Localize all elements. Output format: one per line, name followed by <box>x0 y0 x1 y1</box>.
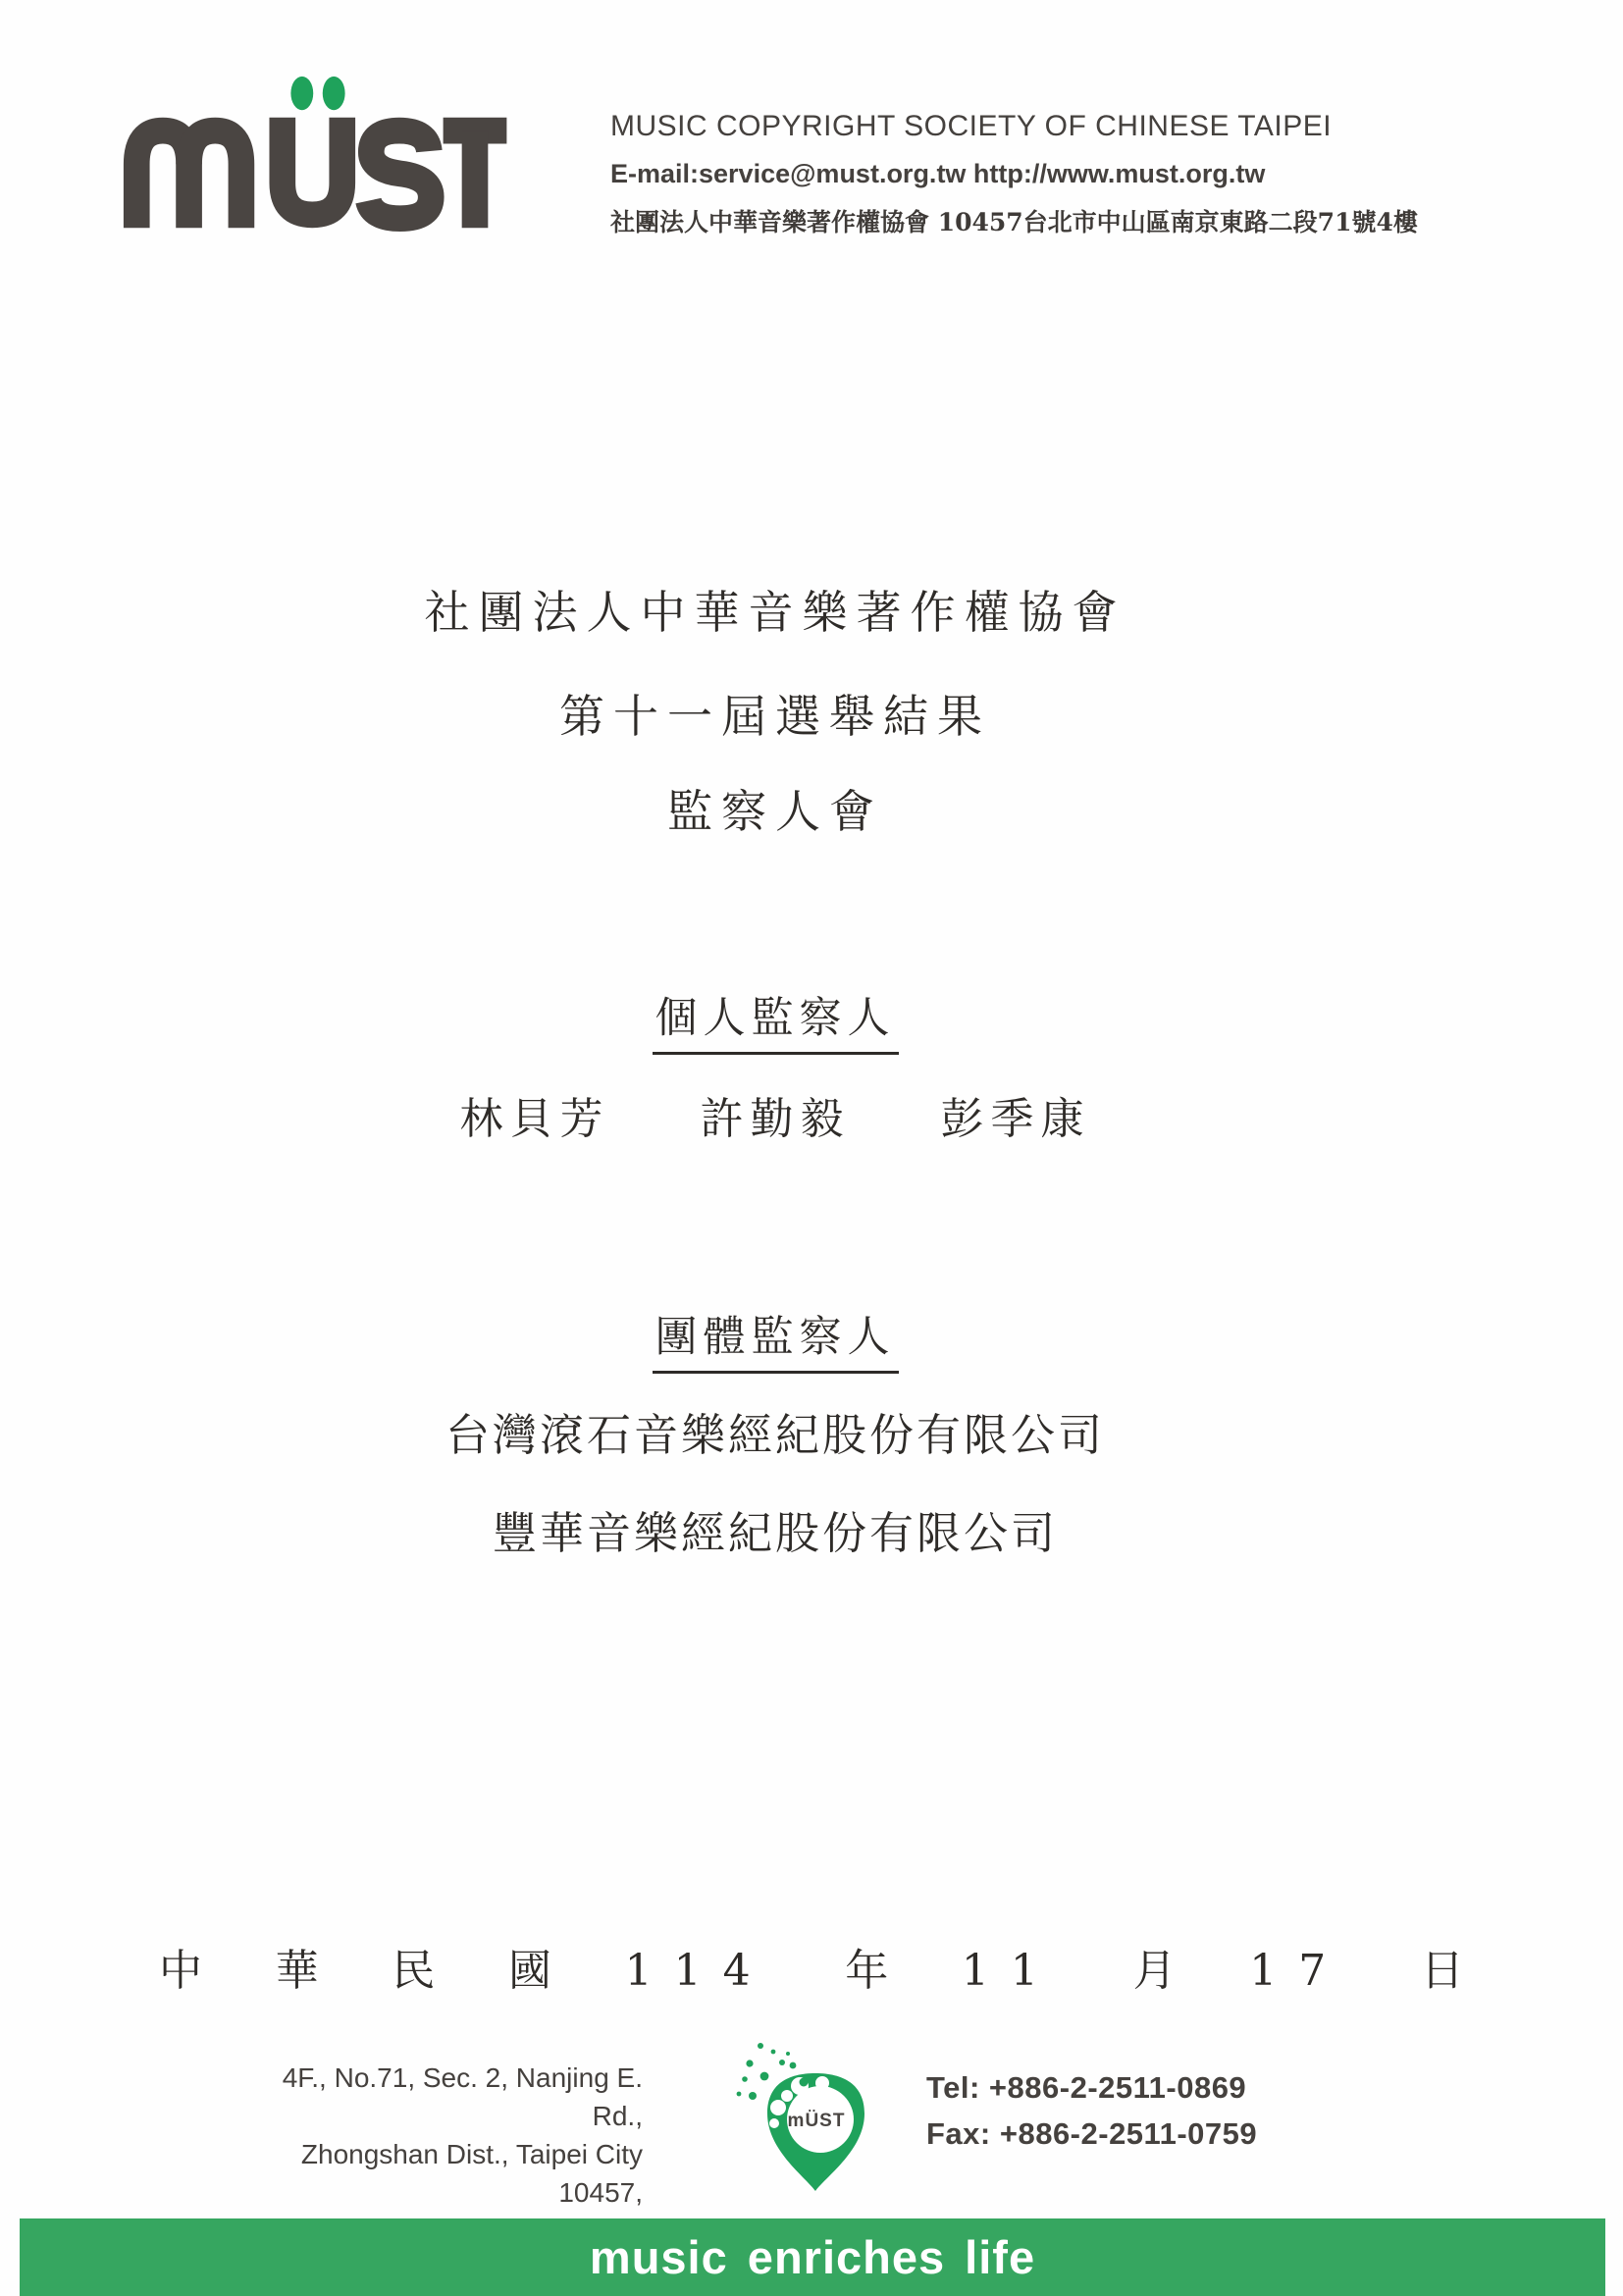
date-month: 11 <box>962 1946 1060 1996</box>
date-char: 中 <box>159 1935 202 1998</box>
document-title: 社團法人中華音樂著作權協會 第十一屆選舉結果 監察人會 <box>0 577 1550 841</box>
date-char: 民 <box>392 1935 435 1998</box>
date-day: 17 <box>1249 1946 1347 1996</box>
date-char: 國 <box>508 1935 551 1998</box>
supervisor-name: 許勤毅 <box>701 1083 851 1146</box>
must-logo <box>122 69 514 237</box>
org-name-zh-address: 社團法人中華音樂著作權協會 10457台北市中山區南京東路二段71號4樓 <box>610 203 1418 238</box>
footer-contact: Tel: +886-2-2511-0869 Fax: +886-2-2511-0… <box>926 2064 1257 2157</box>
section-individual-supervisors: 個人監察人 林貝芳 許勤毅 彭季康 <box>0 985 1550 1146</box>
pick-inner-dot <box>800 2078 809 2087</box>
address-line: 4F., No.71, Sec. 2, Nanjing E. Rd., <box>250 2059 643 2135</box>
date-line: 中 華 民 國 114 年 11 月 17 日 <box>159 1935 1464 1998</box>
title-line-2: 第十一屆選舉結果 <box>0 681 1550 746</box>
title-line-1: 社團法人中華音樂著作權協會 <box>0 577 1550 642</box>
pick-logo-text: mÜST <box>788 2111 846 2131</box>
section-group-supervisors: 團體監察人 台灣滾石音樂經紀股份有限公司 豐華音樂經紀股份有限公司 <box>0 1304 1550 1561</box>
group-supervisor-name: 台灣滾石音樂經紀股份有限公司 <box>0 1399 1550 1463</box>
fax-line: Fax: +886-2-2511-0759 <box>926 2111 1257 2157</box>
letterhead: MUSIC COPYRIGHT SOCIETY OF CHINESE TAIPE… <box>610 110 1418 238</box>
scanned-document-page: MUSIC COPYRIGHT SOCIETY OF CHINESE TAIPE… <box>0 0 1623 2296</box>
section-heading-group: 團體監察人 <box>653 1304 899 1374</box>
must-logo-letters <box>136 118 506 228</box>
group-supervisor-name: 豐華音樂經紀股份有限公司 <box>0 1497 1550 1561</box>
date-char: 月 <box>1133 1935 1177 1998</box>
tagline-text: music enriches life <box>590 2230 1035 2284</box>
section-heading-individual: 個人監察人 <box>653 985 899 1055</box>
date-year: 114 <box>625 1946 772 1996</box>
org-name-en: MUSIC COPYRIGHT SOCIETY OF CHINESE TAIPE… <box>610 110 1418 143</box>
individual-supervisor-names: 林貝芳 許勤毅 彭季康 <box>0 1083 1550 1146</box>
tel-line: Tel: +886-2-2511-0869 <box>926 2064 1257 2111</box>
org-contact-line: E-mail:service@must.org.tw http://www.mu… <box>610 159 1418 189</box>
date-char: 華 <box>276 1935 319 1998</box>
date-char: 日 <box>1421 1935 1464 1998</box>
date-char: 年 <box>845 1935 888 1998</box>
supervisor-name: 林貝芳 <box>460 1083 610 1146</box>
address-line: Zhongshan Dist., Taipei City 10457, <box>250 2135 643 2212</box>
supervisor-name: 彭季康 <box>941 1083 1091 1146</box>
tagline-bar: music enriches life <box>20 2218 1605 2296</box>
title-line-3: 監察人會 <box>0 776 1550 841</box>
umlaut-dots-icon <box>290 77 344 110</box>
